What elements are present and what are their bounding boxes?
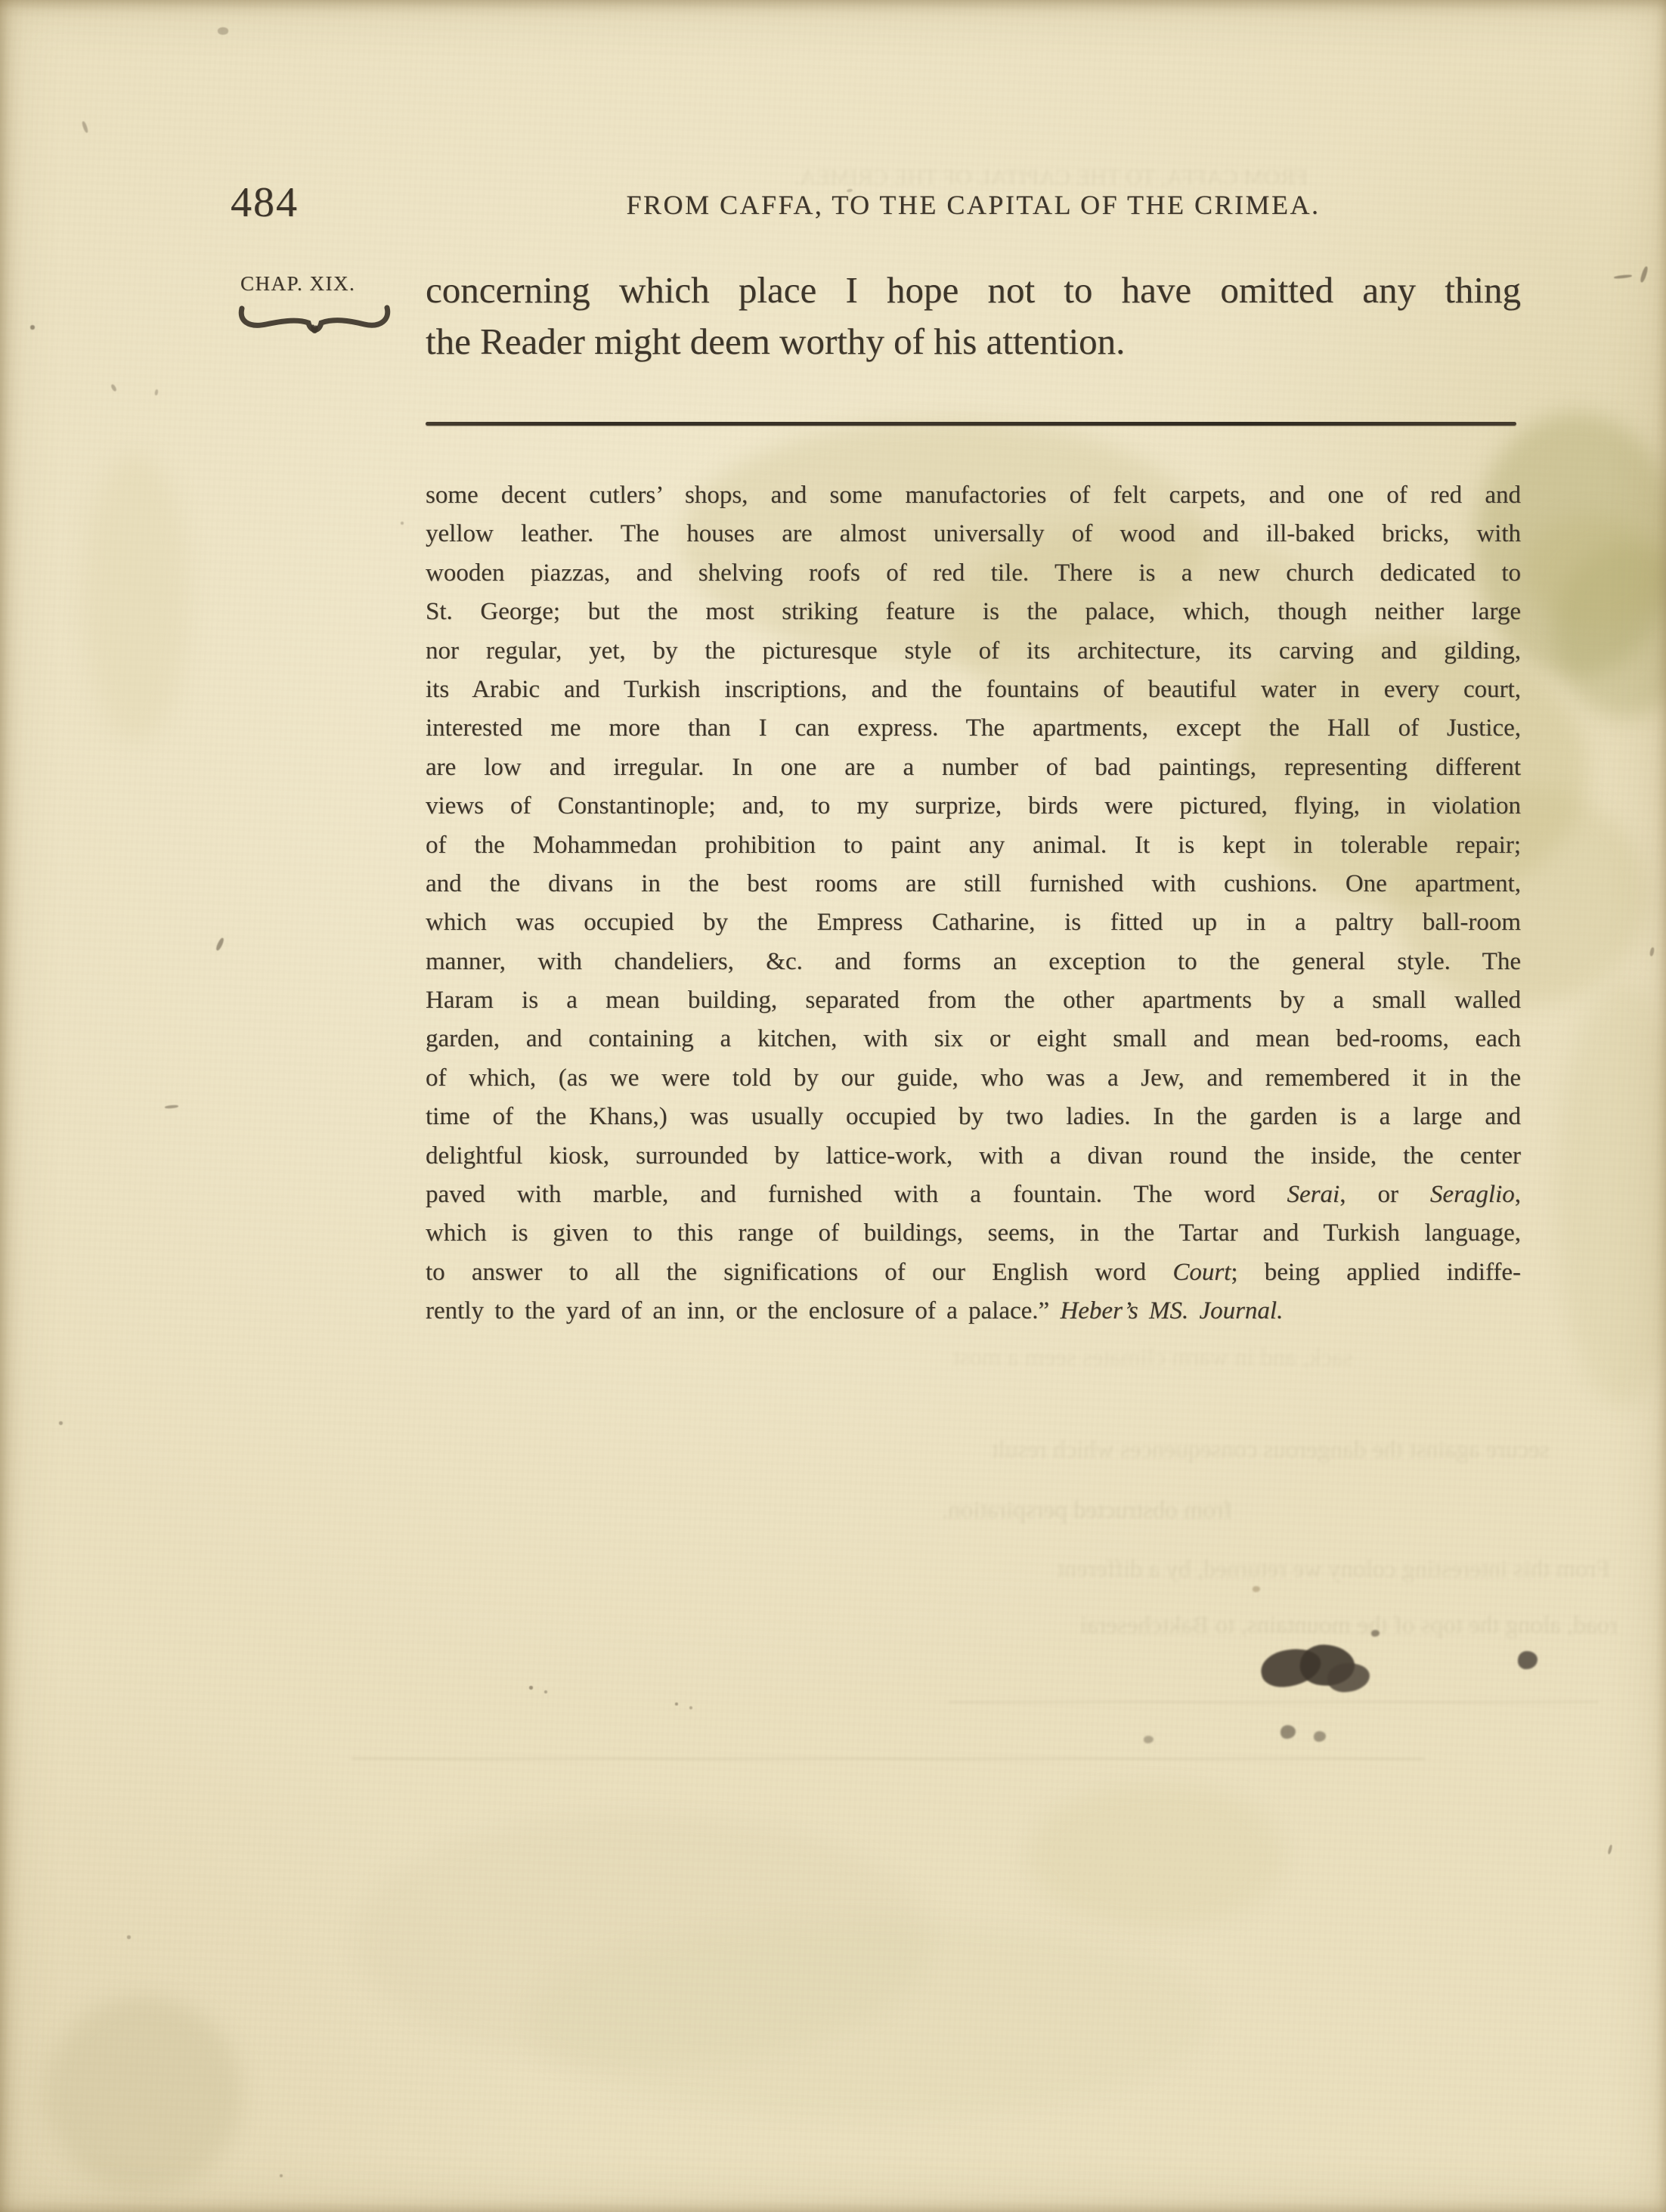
footnote-line: are low and irregular. In one are a numb… [426,748,1521,787]
showthrough-rule [949,1701,1599,1703]
paper-stain [1557,983,1666,1406]
showthrough-text: From this interesting colony we returned… [635,1556,1610,1584]
footnote-line: views of Constantinople; and, to my surp… [426,787,1521,826]
footnote-line: nor regular, yet, by the picturesque sty… [426,632,1521,671]
showthrough-text: FROM CAFFA, TO THE CAPITAL OF THE CRIMEA… [597,165,1308,191]
footnote-line: yellow leather. The houses are almost un… [426,515,1521,553]
footnote-line: some decent cutlers’ shops, and some man… [426,476,1521,515]
body-line: the Reader might deem worthy of his atte… [426,316,1521,367]
paper-stain [355,1814,930,2064]
footnote-line: to answer to all the significations of o… [426,1253,1521,1292]
paper-speck [675,1702,678,1705]
footnote-line: Haram is a mean building, separated from… [426,981,1521,1020]
ink-blot [1314,1731,1326,1742]
paper-stain [45,1996,242,2192]
paper-stain [1028,1784,1285,1928]
separator-rule [426,422,1516,426]
paper-stain [1523,514,1666,627]
ink-blot [1371,1630,1380,1637]
ink-blot [1298,1642,1356,1688]
showthrough-text: secure against the dangerous consequence… [469,1436,1550,1464]
paper-speck [81,121,88,134]
paper-speck [1614,274,1632,279]
ink-blot [1144,1736,1154,1743]
footnote-line: which is given to this range of building… [426,1214,1521,1253]
chapter-marginal-note: CHAP. XIX. [240,272,355,296]
paper-stain [83,454,189,741]
ink-blot [1327,1662,1371,1693]
paper-speck [218,27,228,35]
paper-speck [529,1686,533,1690]
footnote-line: garden, and containing a kitchen, with s… [426,1020,1521,1058]
footnote-line: of the Mohammedan prohibition to paint a… [426,826,1521,865]
footnote-line: wooden piazzas, and shelving roofs of re… [426,554,1521,593]
footnote-line: time of the Khans,) was usually occupied… [426,1098,1521,1136]
footnote-line: which was occupied by the Empress Cathar… [426,903,1521,942]
ink-blot [1518,1651,1537,1669]
footnote-block: some decent cutlers’ shops, and some man… [426,476,1521,1331]
footnote-line: delightful kiosk, surrounded by lattice-… [426,1137,1521,1176]
paper-speck [59,1421,63,1425]
paper-speck [689,1706,692,1709]
footnote-line: manner, with chandeliers, &c. and forms … [426,943,1521,981]
showthrough-text: sack, and in warm climates seem a most [522,1344,1353,1372]
paper-speck [1607,1845,1612,1855]
running-header: FROM CAFFA, TO THE CAPITAL OF THE CRIMEA… [426,189,1521,221]
footnote-line: and the divans in the best rooms are sti… [426,865,1521,903]
showthrough-text: road, along the tops of the mountains, t… [438,1612,1618,1640]
footnote-line: St. George; but the most striking featur… [426,593,1521,631]
footnote-line: of which, (as we were told by our guide,… [426,1059,1521,1098]
ink-blot [1280,1725,1296,1739]
paper-speck [544,1690,547,1693]
body-line: concerning which place I hope not to hav… [426,265,1521,316]
paper-speck [1640,266,1649,283]
paper-speck [154,389,158,396]
paper-stain [1553,544,1666,718]
ink-blot [1258,1644,1324,1690]
footnote-line: interested me more than I can express. T… [426,709,1521,748]
paper-speck [165,1104,178,1109]
showthrough-rule [351,1758,1425,1760]
paper-stain [529,1920,1209,2117]
paper-speck [127,1935,131,1939]
footnote-line: its Arabic and Turkish inscriptions, and… [426,671,1521,709]
paper-speck [401,522,404,525]
paper-speck [215,937,225,952]
book-page-scan: FROM CAFFA, TO THE CAPITAL OF THE CRIMEA… [0,0,1666,2212]
chapter-flourish-icon [237,304,392,337]
page-number: 484 [231,178,299,227]
showthrough-text: from obstructed perspiration. [627,1497,1232,1525]
ink-blot [1253,1586,1260,1592]
footnote-line: rently to the yard of an inn, or the enc… [426,1292,1521,1331]
body-paragraph: concerning which place I hope not to hav… [426,265,1521,367]
paper-speck [280,2174,283,2177]
paper-speck [110,383,117,392]
footnote-line: paved with marble, and furnished with a … [426,1176,1521,1214]
paper-speck [1649,947,1655,957]
paper-speck [30,325,35,330]
